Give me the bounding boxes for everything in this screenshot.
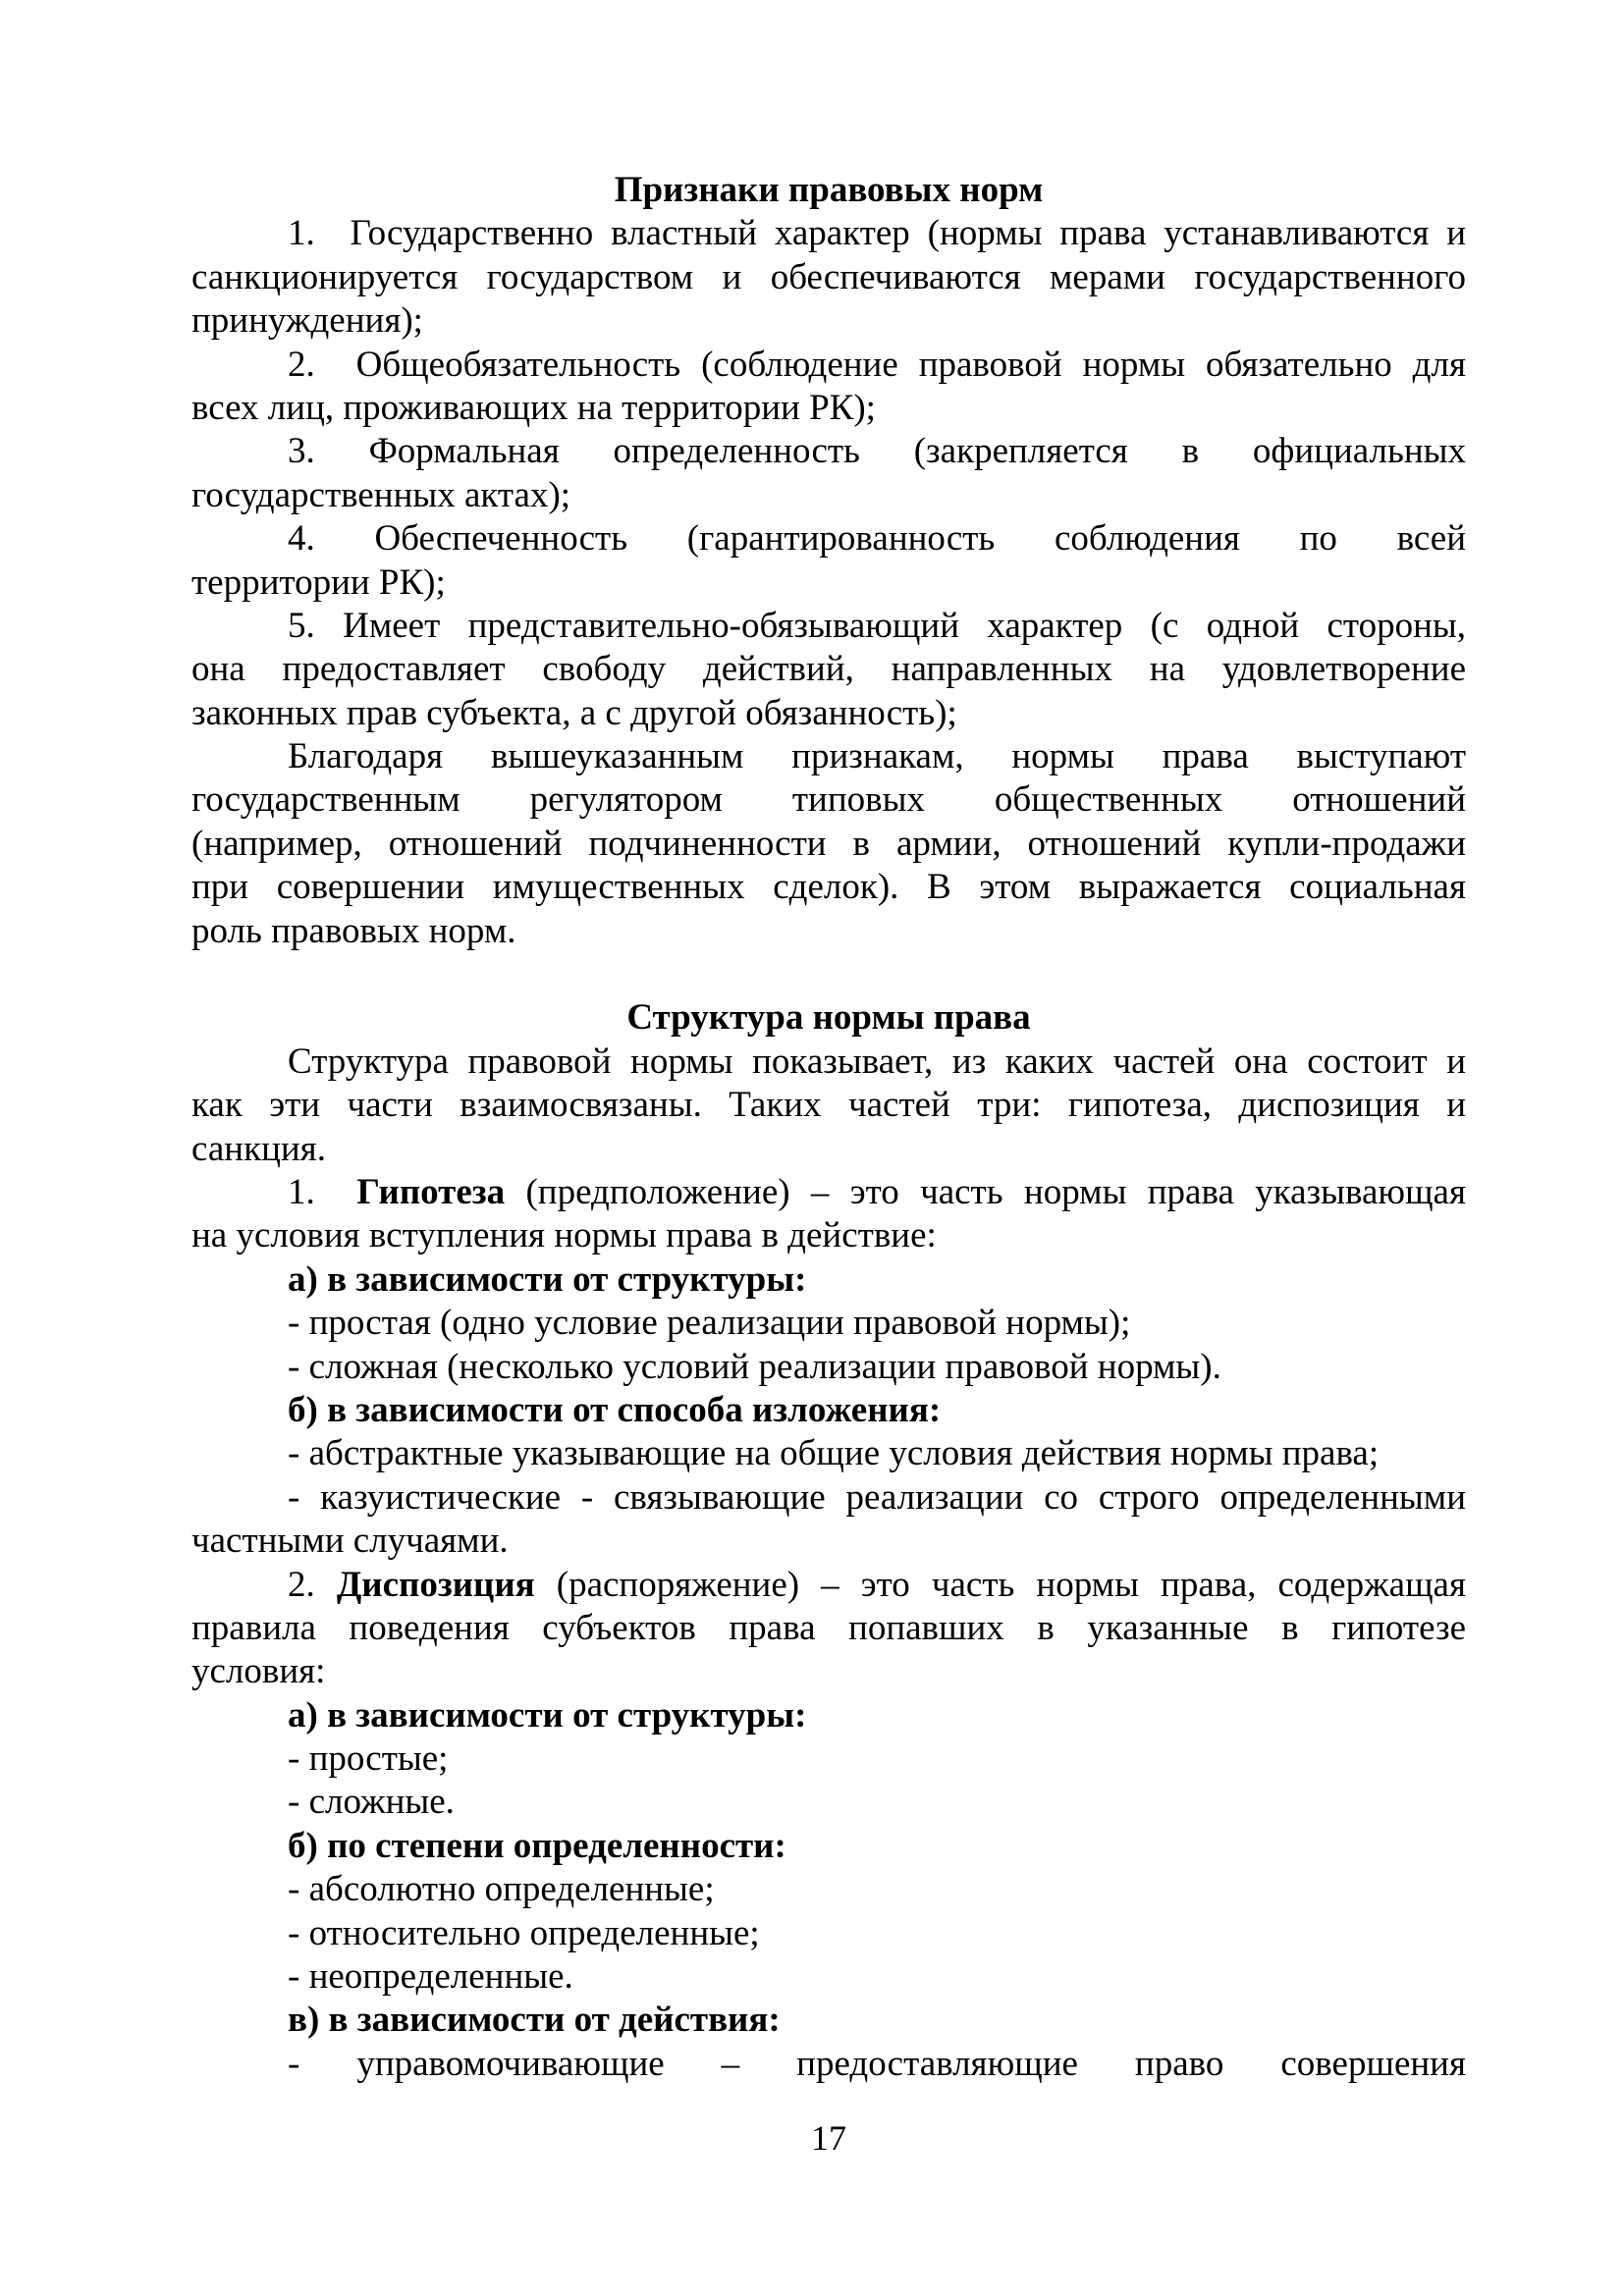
text-line: - сложная (несколько условий реализации …: [191, 1346, 1466, 1389]
text-segment: 2.: [288, 1565, 337, 1605]
text-segment: при совершении имущественных сделок). В …: [191, 867, 1466, 907]
text-segment: условия:: [191, 1651, 325, 1691]
text-segment: всех лиц, проживающих на территории РК);: [191, 388, 876, 428]
text-line: государственным регулятором типовых обще…: [191, 778, 1466, 822]
text-line: территории РК);: [191, 561, 1466, 605]
text-segment: (предположение) – это часть нормы права …: [505, 1172, 1466, 1212]
text-line: всех лиц, проживающих на территории РК);: [191, 387, 1466, 430]
text-line: в) в зависимости от действия:: [191, 1999, 1466, 2042]
text-segment: она предоставляет свободу действий, напр…: [191, 649, 1466, 689]
document-body: Признаки правовых норм1. Государственно …: [191, 169, 1466, 2086]
text-segment: - неопределенные.: [288, 1956, 573, 1997]
text-line: государственных актах);: [191, 474, 1466, 517]
text-line: - казуистические - связывающие реализаци…: [191, 1476, 1466, 1520]
text-segment: как эти части взаимосвязаны. Таких часте…: [191, 1085, 1466, 1125]
text-line: при совершении имущественных сделок). В …: [191, 866, 1466, 909]
text-line: - абстрактные указывающие на общие услов…: [191, 1432, 1466, 1475]
document-page: Признаки правовых норм1. Государственно …: [0, 0, 1624, 2296]
text-segment: - простая (одно условие реализации право…: [288, 1303, 1130, 1343]
text-segment: санкционируется государством и обеспечив…: [191, 257, 1466, 297]
text-line: - простые;: [191, 1737, 1466, 1781]
text-line: 2. Общеобязательность (соблюдение правов…: [191, 344, 1466, 387]
text-line: правила поведения субъектов права попавш…: [191, 1607, 1466, 1650]
text-line: санкция.: [191, 1128, 1466, 1171]
text-segment: 3. Формальная определенность (закрепляет…: [288, 431, 1466, 471]
text-line: 1. Гипотеза (предположение) – это часть …: [191, 1171, 1466, 1214]
text-segment: - абсолютно определенные;: [288, 1869, 715, 1909]
text-segment: на условия вступления нормы права в дейс…: [191, 1215, 937, 1255]
text-line: б) по степени определенности:: [191, 1825, 1466, 1868]
text-line: - простая (одно условие реализации право…: [191, 1302, 1466, 1345]
text-segment: законных прав субъекта, а с другой обяза…: [191, 693, 957, 733]
text-segment: государственным регулятором типовых обще…: [191, 779, 1466, 820]
text-segment: - казуистические - связывающие реализаци…: [288, 1477, 1466, 1518]
bold-text-segment: Гипотеза: [356, 1172, 505, 1212]
text-segment: санкция.: [191, 1129, 326, 1169]
text-segment: - сложная (несколько условий реализации …: [288, 1347, 1221, 1387]
bold-text-segment: б) по степени определенности:: [288, 1826, 786, 1866]
text-line: на условия вступления нормы права в дейс…: [191, 1214, 1466, 1257]
text-line: 4. Обеспеченность (гарантированность соб…: [191, 517, 1466, 561]
text-segment: правила поведения субъектов права попавш…: [191, 1608, 1466, 1648]
text-line: 5. Имеет представительно-обязывающий хар…: [191, 605, 1466, 648]
text-line: Структура нормы права: [191, 996, 1466, 1040]
text-segment: - абстрактные указывающие на общие услов…: [288, 1433, 1379, 1473]
bold-text-segment: а) в зависимости от структуры:: [288, 1259, 806, 1300]
text-segment: Благодаря вышеуказанным признакам, нормы…: [288, 736, 1466, 776]
text-segment: - сложные.: [288, 1782, 455, 1822]
text-line: принуждения);: [191, 299, 1466, 343]
page-number: 17: [191, 2116, 1466, 2160]
text-line: - управомочивающие – предоставляющие пра…: [191, 2043, 1466, 2086]
text-segment: - относительно определенные;: [288, 1913, 760, 1953]
text-line: - сложные.: [191, 1781, 1466, 1824]
bold-text-segment: Диспозиция: [337, 1565, 535, 1605]
text-segment: 4. Обеспеченность (гарантированность соб…: [288, 518, 1466, 559]
text-line: роль правовых норм.: [191, 910, 1466, 953]
text-line: условия:: [191, 1650, 1466, 1693]
text-line: (например, отношений подчиненности в арм…: [191, 823, 1466, 866]
text-line: законных прав субъекта, а с другой обяза…: [191, 692, 1466, 735]
text-segment: частными случаями.: [191, 1521, 509, 1561]
bold-text-segment: б) в зависимости от способа изложения:: [288, 1390, 941, 1430]
text-segment: 1.: [288, 1172, 356, 1212]
text-segment: - простые;: [288, 1738, 448, 1779]
text-line: 2. Диспозиция (распоряжение) – это часть…: [191, 1564, 1466, 1607]
text-line: Структура правовой нормы показывает, из …: [191, 1041, 1466, 1084]
text-segment: принуждения);: [191, 300, 423, 341]
text-line: а) в зависимости от структуры:: [191, 1694, 1466, 1737]
text-segment: Структура правовой нормы показывает, из …: [288, 1041, 1466, 1082]
text-segment: 2. Общеобязательность (соблюдение правов…: [288, 345, 1466, 385]
text-line: - абсолютно определенные;: [191, 1868, 1466, 1911]
text-line: б) в зависимости от способа изложения:: [191, 1389, 1466, 1432]
text-line: 1. Государственно властный характер (нор…: [191, 212, 1466, 255]
text-line: как эти части взаимосвязаны. Таких часте…: [191, 1084, 1466, 1127]
text-line: - относительно определенные;: [191, 1912, 1466, 1955]
text-line: санкционируется государством и обеспечив…: [191, 256, 1466, 299]
bold-text-segment: Структура нормы права: [626, 997, 1030, 1038]
text-segment: 5. Имеет представительно-обязывающий хар…: [288, 606, 1466, 646]
text-segment: роль правовых норм.: [191, 911, 516, 951]
bold-text-segment: а) в зависимости от структуры:: [288, 1695, 806, 1735]
text-segment: (распоряжение) – это часть нормы права, …: [535, 1565, 1466, 1605]
text-segment: территории РК);: [191, 562, 446, 603]
text-segment: 1. Государственно властный характер (нор…: [288, 213, 1466, 253]
blank-line: [191, 953, 1466, 996]
text-segment: государственных актах);: [191, 475, 570, 515]
text-segment: - управомочивающие – предоставляющие пра…: [288, 2044, 1466, 2084]
text-line: она предоставляет свободу действий, напр…: [191, 648, 1466, 691]
text-segment: (например, отношений подчиненности в арм…: [191, 824, 1466, 864]
text-line: - неопределенные.: [191, 1955, 1466, 1999]
text-line: Благодаря вышеуказанным признакам, нормы…: [191, 735, 1466, 778]
bold-text-segment: в) в зависимости от действия:: [288, 2000, 781, 2040]
bold-text-segment: Признаки правовых норм: [615, 170, 1044, 210]
text-line: 3. Формальная определенность (закрепляет…: [191, 430, 1466, 473]
text-line: а) в зависимости от структуры:: [191, 1258, 1466, 1302]
text-line: частными случаями.: [191, 1520, 1466, 1563]
text-line: Признаки правовых норм: [191, 169, 1466, 212]
